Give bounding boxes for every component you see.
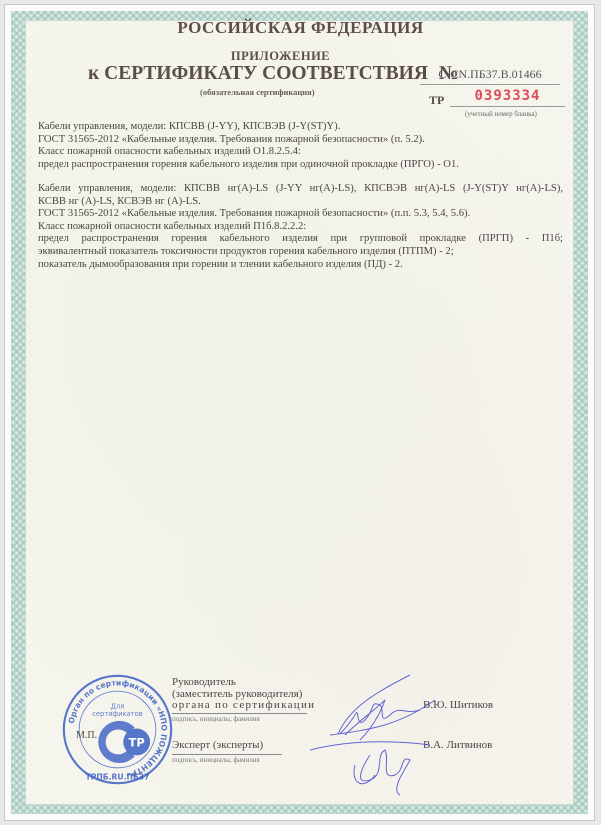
appendix-title: ПРИЛОЖЕНИЕ bbox=[0, 49, 561, 64]
expert-signature-caption: подпись, инициалы, фамилия bbox=[172, 756, 260, 764]
stamp-logo-text: ТР bbox=[129, 736, 145, 750]
stamp-center-text-2: сертификатов bbox=[92, 710, 142, 718]
handwritten-signature bbox=[310, 660, 440, 800]
certification-type: (обязательная сертификация) bbox=[200, 87, 315, 97]
block1-line: Кабели управления, модели: КПСВВ (J-YY),… bbox=[38, 121, 563, 134]
block1-line: предел распространения горения кабельног… bbox=[38, 159, 563, 172]
block2-line: ГОСТ 31565-2012 «Кабельные изделия. Треб… bbox=[38, 208, 563, 221]
country-title: РОССИЙСКАЯ ФЕДЕРАЦИЯ bbox=[0, 18, 601, 38]
block2-line: показатель дымообразования при горении и… bbox=[38, 259, 563, 272]
block2-line: эквивалентный показатель токсичности про… bbox=[38, 246, 563, 259]
head-signature-caption: подпись, инициалы, фамилия bbox=[172, 715, 260, 723]
expert-label: Эксперт (эксперты) bbox=[172, 740, 263, 752]
head-label: Руководитель (заместитель руководителя) … bbox=[172, 677, 315, 712]
head-label-line: Руководитель bbox=[172, 677, 315, 689]
block1-line: Класс пожарной опасности кабельных издел… bbox=[38, 146, 563, 159]
head-signature-line bbox=[172, 713, 307, 714]
block2-line: КСВВ нг (А)-LS, КСВЭВ нг (А)-LS. bbox=[38, 196, 563, 209]
product-block-2: Кабели управления, модели: КПСВВ нг(А)-L… bbox=[38, 183, 563, 271]
block2-line: Класс пожарной опасности кабельных издел… bbox=[38, 221, 563, 234]
block2-line: Кабели управления, модели: КПСВВ нг(А)-L… bbox=[38, 183, 563, 196]
expert-signature-line bbox=[172, 754, 282, 755]
tr-label: ТР bbox=[429, 93, 444, 108]
blank-number-caption: (учетный номер бланка) bbox=[465, 110, 537, 118]
certificate-heading-text: к СЕРТИФИКАТУ СООТВЕТСТВИЯ bbox=[88, 63, 428, 84]
block1-line: ГОСТ 31565-2012 «Кабельные изделия. Треб… bbox=[38, 134, 563, 147]
certificate-number: С-CN.ПБ37.В.01466 bbox=[420, 67, 560, 85]
certificate-heading: к СЕРТИФИКАТУ СООТВЕТСТВИЯ № bbox=[88, 63, 458, 85]
stamp-bottom-text: ТРПБ.RU.ПБ37 bbox=[86, 772, 150, 781]
blank-number: 0393334 bbox=[450, 88, 565, 107]
seal-place-label: М.П. bbox=[76, 730, 97, 741]
head-label-line: органа по сертификации bbox=[172, 700, 315, 712]
product-block-1: Кабели управления, модели: КПСВВ (J-YY),… bbox=[38, 121, 563, 171]
block2-line: предел распространения горения кабельног… bbox=[38, 233, 563, 246]
